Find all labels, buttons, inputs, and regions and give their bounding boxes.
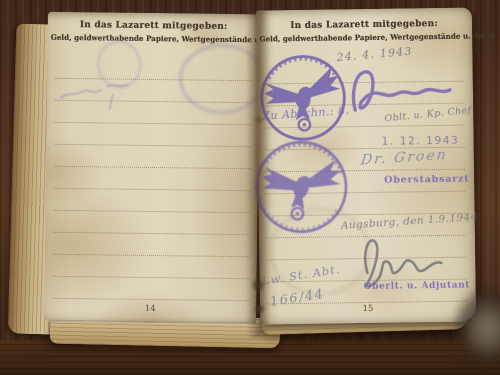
rank-stamp-adjutant: Oberlt. u. Adjutant: [364, 281, 471, 292]
ruled-lines: [52, 57, 252, 323]
right-header-line1: In das Lazarett mitgegeben:: [256, 19, 472, 32]
ruled-line: [53, 189, 250, 213]
ruled-line: [265, 236, 466, 261]
ruled-line: [53, 211, 250, 235]
left-page: In das Lazarett mitgegeben: Geld, geldwe…: [44, 12, 260, 325]
ruled-line: [263, 82, 464, 107]
right-header-line2: Geld, geldwerthabende Papiere, Wertgegen…: [259, 32, 469, 44]
left-header-line2: Geld, geldwerthabende Papiere, Wertgegen…: [51, 33, 257, 45]
ruled-line: [54, 145, 251, 169]
right-page: In das Lazarett mitgegeben: Geld, geldwe…: [256, 8, 476, 325]
left-header-line1: In das Lazarett mitgegeben:: [48, 20, 260, 33]
ruled-line: [53, 255, 250, 279]
ruled-line: [55, 57, 252, 81]
ruled-line: [54, 123, 251, 147]
ruled-line: [55, 79, 252, 103]
ruled-line: [263, 60, 464, 85]
photo-of-open-wehrmacht-booklet: In das Lazarett mitgegeben: Geld, geldwe…: [0, 0, 500, 375]
ruled-line: [52, 277, 249, 301]
ruled-line: [54, 167, 251, 191]
ruled-line: [55, 101, 252, 125]
rank-stamp-oberstabsarzt: Oberstabsarzt: [384, 174, 469, 186]
ruled-line: [53, 233, 250, 257]
